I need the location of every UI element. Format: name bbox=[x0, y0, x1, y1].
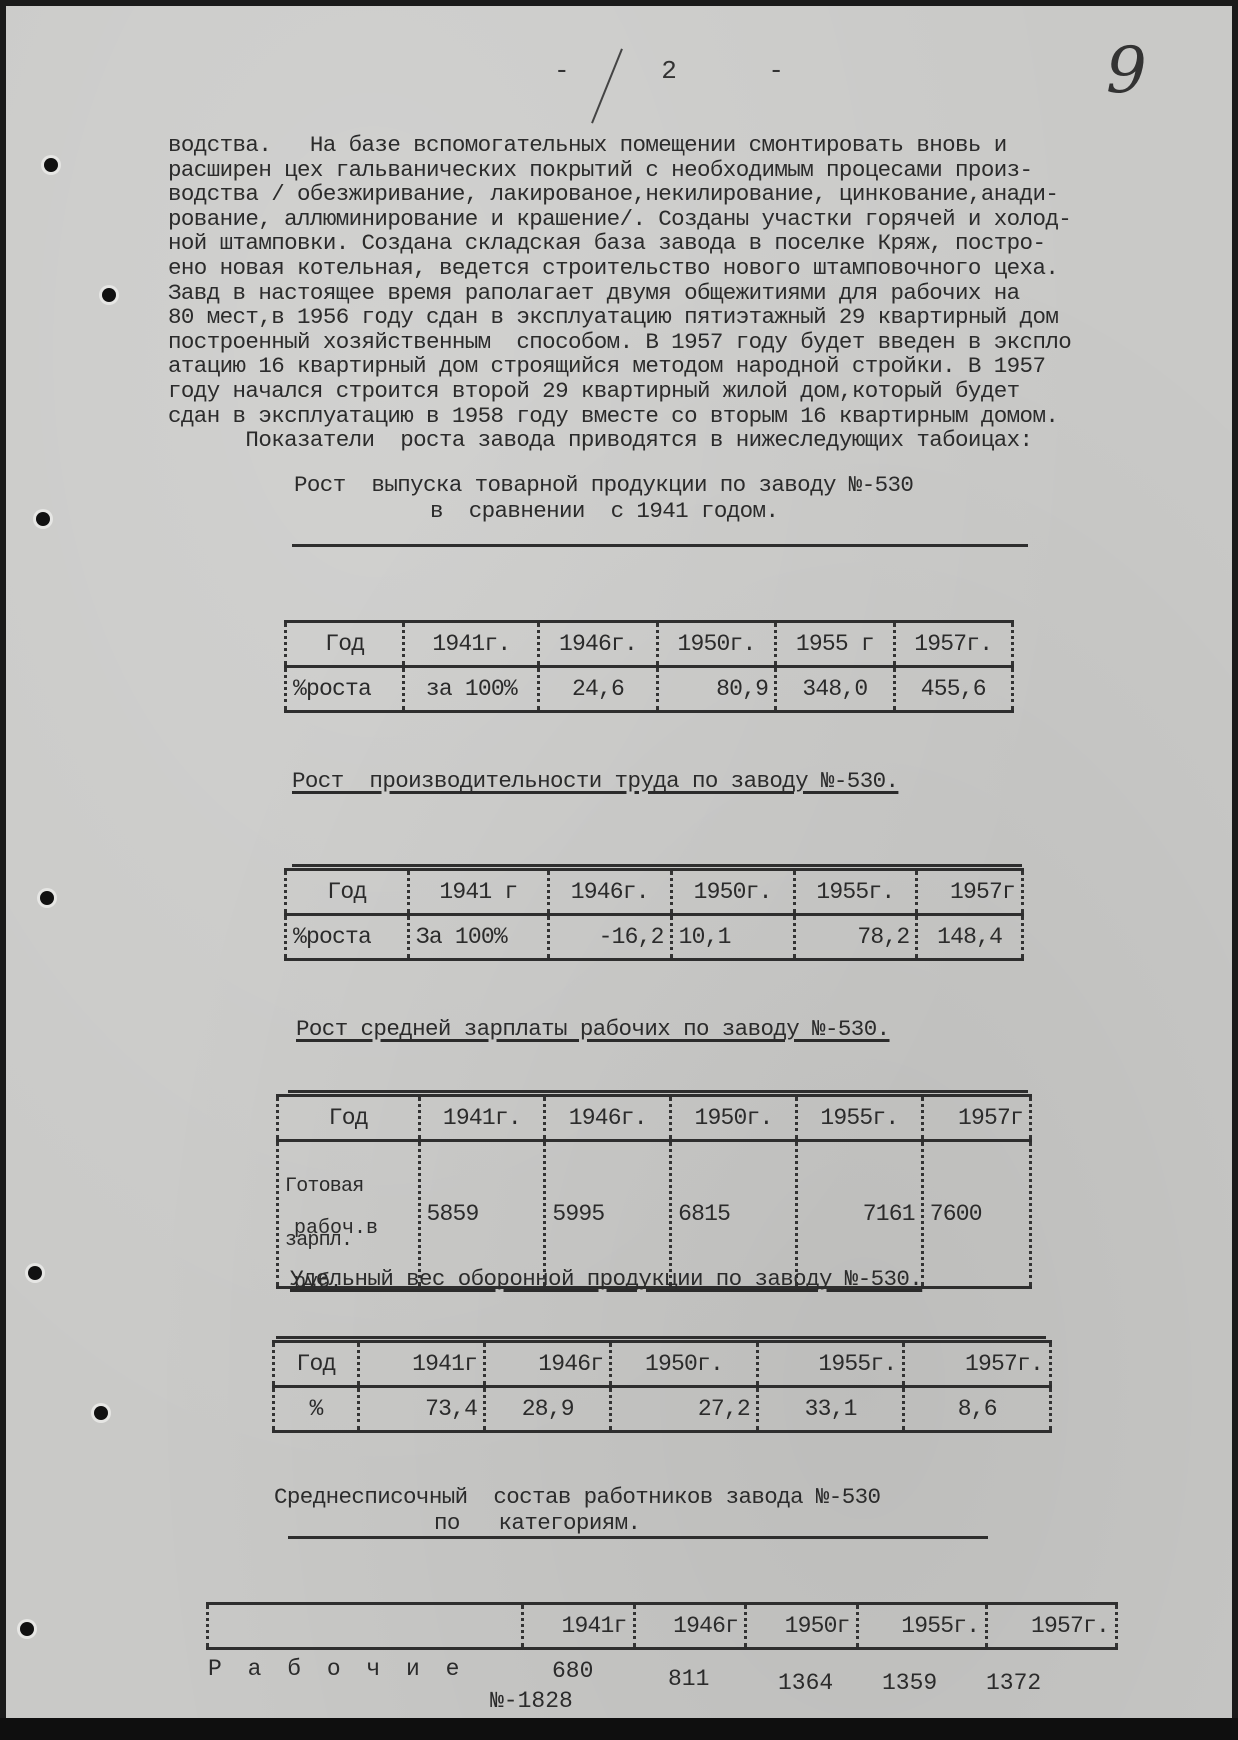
header-cell: Год bbox=[286, 870, 409, 915]
table-defense-share: Год 1941г 1946г 1950г. 1955г. 1957г. % 7… bbox=[272, 1340, 1052, 1433]
paragraph-line: атацию 16 квартирный дом строящийся мето… bbox=[168, 354, 1218, 379]
value-cell: 10,1 bbox=[671, 915, 794, 960]
header-cell: 1957г bbox=[917, 870, 1023, 915]
row-label: % bbox=[274, 1387, 359, 1432]
header-cell: 1957г. bbox=[904, 1342, 1051, 1387]
row-label: %роста bbox=[286, 915, 409, 960]
binding-hole bbox=[36, 512, 50, 526]
paragraph-line: ено новая котельная, ведется строительст… bbox=[168, 256, 1218, 281]
table-subtitle: в сравнении с 1941 годом. bbox=[430, 498, 778, 524]
table-header-row: Год 1941 г 1946г. 1950г. 1955г. 1957г bbox=[286, 870, 1023, 915]
header-cell: 1946г. bbox=[545, 1096, 671, 1141]
paragraph-line: Завд в настоящее время раполагает двумя … bbox=[168, 281, 1218, 306]
value-cell: 8,6 bbox=[904, 1387, 1051, 1432]
table-row: %роста за 100% 24,6 80,9 348,0 455,6 bbox=[286, 667, 1013, 712]
header-cell: 1941 г bbox=[408, 870, 548, 915]
header-cell: 1950г. bbox=[671, 1096, 797, 1141]
header-cell: 1950г bbox=[746, 1604, 858, 1649]
divider bbox=[292, 864, 1022, 867]
scan-edge bbox=[0, 1718, 1238, 1740]
value-cell: 148,4 bbox=[917, 915, 1023, 960]
value-cell: -16,2 bbox=[548, 915, 671, 960]
header-cell: 1941г bbox=[523, 1604, 635, 1649]
binding-hole bbox=[44, 158, 58, 172]
paragraph-line: построенный хозяйственным способом. В 19… bbox=[168, 330, 1218, 355]
table-title: Среднесписочный состав работников завода… bbox=[274, 1484, 880, 1510]
divider bbox=[288, 1090, 1028, 1093]
paragraph-line: водства. На базе вспомогательных помещен… bbox=[168, 133, 1218, 158]
value-cell: 1364 bbox=[778, 1670, 833, 1696]
row-label-overflow: рабоч.в руб. bbox=[294, 1184, 378, 1328]
binding-hole bbox=[94, 1406, 108, 1420]
paragraph-line: расширен цех гальванических покрытий с н… bbox=[168, 158, 1218, 183]
value-cell: 24,6 bbox=[539, 667, 657, 712]
body-paragraph: водства. На базе вспомогательных помещен… bbox=[168, 133, 1218, 453]
binding-hole bbox=[102, 288, 116, 302]
value-cell: 348,0 bbox=[776, 667, 894, 712]
paragraph-line: рование, аллюминирование и крашение/. Со… bbox=[168, 207, 1218, 232]
table-row: %роста За 100% -16,2 10,1 78,2 148,4 bbox=[286, 915, 1023, 960]
table-row: % 73,4 28,9 27,2 33,1 8,6 bbox=[274, 1387, 1051, 1432]
value-cell: 78,2 bbox=[794, 915, 917, 960]
value-cell: 811 bbox=[668, 1666, 709, 1692]
paragraph-line: 80 мест,в 1956 году сдан в эксплуатацию … bbox=[168, 305, 1218, 330]
table-wage-growth: Год 1941г. 1946г. 1950г. 1955г. 1957г Го… bbox=[276, 1094, 1032, 1289]
binding-hole bbox=[40, 891, 54, 905]
value-cell: 80,9 bbox=[657, 667, 775, 712]
table-productivity-growth: Год 1941 г 1946г. 1950г. 1955г. 1957г %р… bbox=[284, 868, 1024, 961]
table-output-growth: Год 1941г. 1946г. 1950г. 1955 г 1957г. %… bbox=[284, 620, 1014, 713]
table-header-row: Год 1941г 1946г 1950г. 1955г. 1957г. bbox=[274, 1342, 1051, 1387]
header-cell: 1946г bbox=[485, 1342, 611, 1387]
header-cell: 1946г bbox=[634, 1604, 746, 1649]
divider bbox=[276, 1336, 1046, 1339]
header-cell: 1955г. bbox=[796, 1096, 922, 1141]
header-cell: 1955г. bbox=[794, 870, 917, 915]
value-cell: за 100% bbox=[404, 667, 539, 712]
paragraph-line: ной штамповки. Создана складская база за… bbox=[168, 231, 1218, 256]
header-cell: Год bbox=[274, 1342, 359, 1387]
header-cell: 1941г bbox=[359, 1342, 485, 1387]
divider bbox=[288, 1536, 988, 1539]
row-label: %роста bbox=[286, 667, 404, 712]
header-cell: Год bbox=[278, 1096, 420, 1141]
table-workforce: 1941г 1946г 1950г 1955г. 1957г. bbox=[206, 1602, 1118, 1650]
header-cell bbox=[208, 1604, 523, 1649]
binding-hole bbox=[20, 1622, 34, 1636]
table-subtitle: по категориям. bbox=[434, 1510, 640, 1536]
value-cell: 680 bbox=[552, 1658, 593, 1684]
table-header-row: Год 1941г. 1946г. 1950г. 1955 г 1957г. bbox=[286, 622, 1013, 667]
header-cell: 1957г. bbox=[894, 622, 1012, 667]
header-cell: 1957г bbox=[922, 1096, 1030, 1141]
value-cell: За 100% bbox=[408, 915, 548, 960]
table-title: Рост производительности труда по заводу … bbox=[292, 768, 898, 794]
value-cell: 7600 bbox=[922, 1141, 1030, 1288]
paragraph-line: водства / обезжиривание, лакированое,нек… bbox=[168, 182, 1218, 207]
table-header-row: 1941г 1946г 1950г 1955г. 1957г. bbox=[208, 1604, 1117, 1649]
page-number: - 2 - bbox=[554, 56, 822, 86]
divider bbox=[292, 544, 1028, 547]
table-title: Удельный вес оборонной продукции по заво… bbox=[290, 1266, 922, 1292]
paragraph-line: сдан в эксплуатацию в 1958 году вместе с… bbox=[168, 404, 1218, 429]
note-number: №-1828 bbox=[490, 1688, 573, 1714]
table-header-row: Год 1941г. 1946г. 1950г. 1955г. 1957г bbox=[278, 1096, 1031, 1141]
row-label-line: рабоч.в bbox=[294, 1220, 378, 1238]
header-cell: 1941г. bbox=[419, 1096, 545, 1141]
value-cell: 1372 bbox=[986, 1670, 1041, 1696]
table-title: Рост средней зарплаты рабочих по заводу … bbox=[296, 1016, 890, 1042]
table-title: Рост выпуска товарной продукции по завод… bbox=[294, 472, 913, 498]
value-cell: 27,2 bbox=[611, 1387, 758, 1432]
row-label: Р а б о ч и е bbox=[208, 1656, 465, 1682]
value-cell: 33,1 bbox=[757, 1387, 904, 1432]
paragraph-line: Показатели роста завода приводятся в ниж… bbox=[168, 428, 1218, 453]
header-cell: 1950г. bbox=[611, 1342, 758, 1387]
header-cell: 1950г. bbox=[657, 622, 775, 667]
header-cell: 1957г. bbox=[987, 1604, 1117, 1649]
header-cell: 1950г. bbox=[671, 870, 794, 915]
header-cell: 1955г. bbox=[857, 1604, 987, 1649]
value-cell: 28,9 bbox=[485, 1387, 611, 1432]
header-cell: 1955 г bbox=[776, 622, 894, 667]
paragraph-line: году начался строится второй 29 квартирн… bbox=[168, 379, 1218, 404]
header-cell: 1941г. bbox=[404, 622, 539, 667]
document-page: - 2 - 9 водства. На базе вспомогательных… bbox=[6, 6, 1232, 1734]
header-cell: 1955г. bbox=[757, 1342, 904, 1387]
header-cell: Год bbox=[286, 622, 404, 667]
handwritten-sheet-number: 9 bbox=[1106, 34, 1147, 108]
header-cell: 1946г. bbox=[539, 622, 657, 667]
value-cell: 73,4 bbox=[359, 1387, 485, 1432]
value-cell: 1359 bbox=[882, 1670, 937, 1696]
header-cell: 1946г. bbox=[548, 870, 671, 915]
value-cell: 455,6 bbox=[894, 667, 1012, 712]
binding-hole bbox=[28, 1266, 42, 1280]
